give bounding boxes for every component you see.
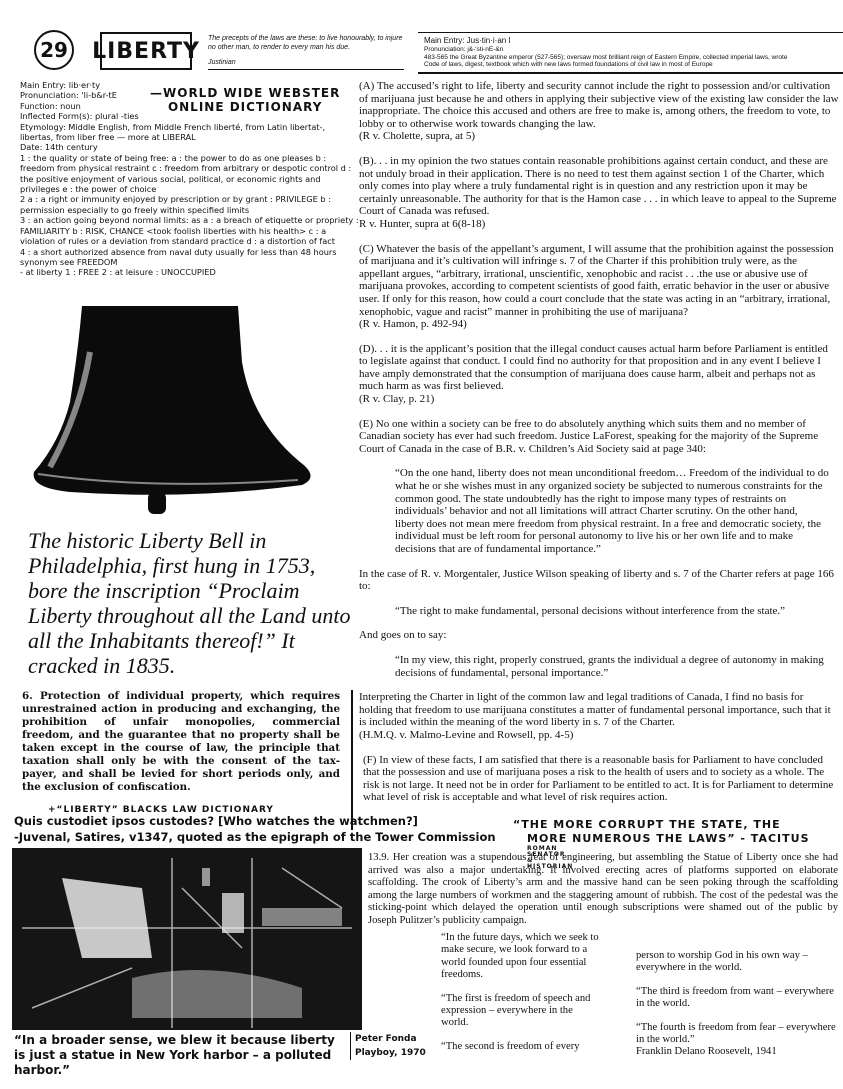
interpreting-paragraph: Interpreting the Charter in light of the… xyxy=(359,691,839,741)
goes-on-intro: And goes on to say: xyxy=(359,629,839,642)
fonda-attribution: Peter Fonda Playboy, 1970 xyxy=(350,1032,426,1060)
liberty-bell-icon xyxy=(30,302,340,517)
excerpt-a: (A) The accused’s right to life, liberty… xyxy=(359,80,839,143)
tacitus-line2: MORE NUMEROUS THE LAWS” - TACITUS xyxy=(527,832,810,845)
dict-definition-3: 3 : an action going beyond normal limits… xyxy=(20,215,360,246)
dict-definition-4: 4 : a short authorized absence from nava… xyxy=(20,247,360,257)
legal-excerpts: (A) The accused’s right to life, liberty… xyxy=(359,80,839,816)
liberty-bell-image xyxy=(30,302,340,517)
dict-date: Date: 14th century xyxy=(20,142,360,152)
epigraph-attribution: Justinian xyxy=(208,58,404,70)
excerpt-c-text: (C) Whatever the basis of the appellant’… xyxy=(359,243,834,318)
excerpt-d-text: (D). . . it is the applicant’s position … xyxy=(359,343,828,393)
justinian-dictionary-entry: Main Entry: Jus·tin·i·an I Pronunciation… xyxy=(418,32,843,74)
four-freedoms-left-column: “In the future days, which we seek to ma… xyxy=(441,932,601,1064)
fonda-source: Playboy, 1970 xyxy=(355,1046,426,1060)
excerpt-b: (B). . . in my opinion the two statues c… xyxy=(359,155,839,231)
justinian-main-entry: Main Entry: Jus·tin·i·an I xyxy=(424,36,843,46)
freedom-of-worship-start: “The second is freedom of every xyxy=(441,1041,601,1053)
excerpt-b-citation: R v. Hunter, supra at 6(8-18) xyxy=(359,218,485,230)
excerpt-d-citation: (R v. Clay, p. 21) xyxy=(359,393,434,405)
freedom-of-speech: “The first is freedom of speech and expr… xyxy=(441,993,601,1030)
tacitus-line1: “THE MORE CORRUPT THE STATE, THE xyxy=(513,818,843,832)
justinian-line1: 483-565 the Great Byzantine emperor (527… xyxy=(424,54,843,62)
interpreting-text: Interpreting the Charter in light of the… xyxy=(359,691,831,728)
excerpt-a-text: (A) The accused’s right to life, liberty… xyxy=(359,80,839,130)
page-number-badge: 29 xyxy=(34,30,74,70)
statue-of-liberty-construction-photo-icon xyxy=(12,848,362,1030)
laforest-quote: “On the one hand, liberty does not mean … xyxy=(395,467,829,555)
goes-on-quote: “In my view, this right, properly constr… xyxy=(395,654,829,679)
justinian-pronunciation: Pronunciation: j&-'sti-nE-&n xyxy=(424,46,843,54)
excerpt-f: (F) In view of these facts, I am satisfi… xyxy=(363,754,839,804)
excerpt-b-text: (B). . . in my opinion the two statues c… xyxy=(359,155,837,217)
freedom-of-worship-end: person to worship God in his own way – e… xyxy=(636,950,836,975)
excerpt-c: (C) Whatever the basis of the appellant’… xyxy=(359,243,839,331)
freedom-from-want: “The third is freedom from want – everyw… xyxy=(636,986,836,1011)
property-protection-paragraph: 6. Protection of individual property, wh… xyxy=(22,690,340,794)
excerpt-c-citation: (R v. Hamon, p. 492-94) xyxy=(359,318,467,330)
fdr-attribution: Franklin Delano Roosevelt, 1941 xyxy=(636,1046,836,1058)
morgentaler-intro: In the case of R. v. Morgentaler, Justic… xyxy=(359,568,839,593)
dict-definition-1: 1 : the quality or state of being free: … xyxy=(20,153,360,195)
justinian-line2: Code of laws, digest, textbook which wit… xyxy=(424,61,843,69)
morgentaler-quote: “The right to make fundamental, personal… xyxy=(395,605,829,618)
webster-note-line2: ONLINE DICTIONARY xyxy=(150,100,340,114)
excerpt-e: (E) No one within a society can be free … xyxy=(359,418,839,456)
four-freedoms-right-column: person to worship God in his own way – e… xyxy=(636,950,836,1070)
page-title: LIBERTY xyxy=(100,32,192,70)
statue-construction-photo xyxy=(12,848,362,1030)
dict-synonym: synonym see FREEDOM xyxy=(20,257,360,267)
column-divider xyxy=(351,690,353,830)
page-title-text: LIBERTY xyxy=(92,39,200,64)
liberty-bell-caption: The historic Liberty Bell in Philadelphi… xyxy=(28,528,358,678)
handwritten-fonda-quote: “In a broader sense, we blew it because … xyxy=(14,1033,344,1078)
interpreting-citation: (H.M.Q. v. Malmo-Levine and Rowsell, pp.… xyxy=(359,729,573,741)
four-freedoms-intro: “In the future days, which we seek to ma… xyxy=(441,932,601,982)
fonda-name: Peter Fonda xyxy=(355,1032,426,1046)
statue-construction-text: 13.9. Her creation was a stupendous feat… xyxy=(368,852,838,927)
excerpt-d: (D). . . it is the applicant’s position … xyxy=(359,343,839,406)
page-number: 29 xyxy=(40,38,68,62)
webster-note-line1: —WORLD WIDE WEBSTER xyxy=(150,86,340,100)
epigraph-text: The precepts of the laws are these: to l… xyxy=(208,34,404,52)
handwritten-webster-note: —WORLD WIDE WEBSTER ONLINE DICTIONARY xyxy=(150,86,340,114)
excerpt-a-citation: (R v. Cholette, supra, at 5) xyxy=(359,130,475,142)
justinian-epigraph: The precepts of the laws are these: to l… xyxy=(208,34,404,70)
freedom-from-fear: “The fourth is freedom from fear – every… xyxy=(636,1022,836,1047)
dict-etymology: Etymology: Middle English, from Middle F… xyxy=(20,122,360,143)
dict-phrase: - at liberty 1 : FREE 2 : at leisure : U… xyxy=(20,267,360,277)
dict-definition-2: 2 a : a right or immunity enjoyed by pre… xyxy=(20,194,360,215)
